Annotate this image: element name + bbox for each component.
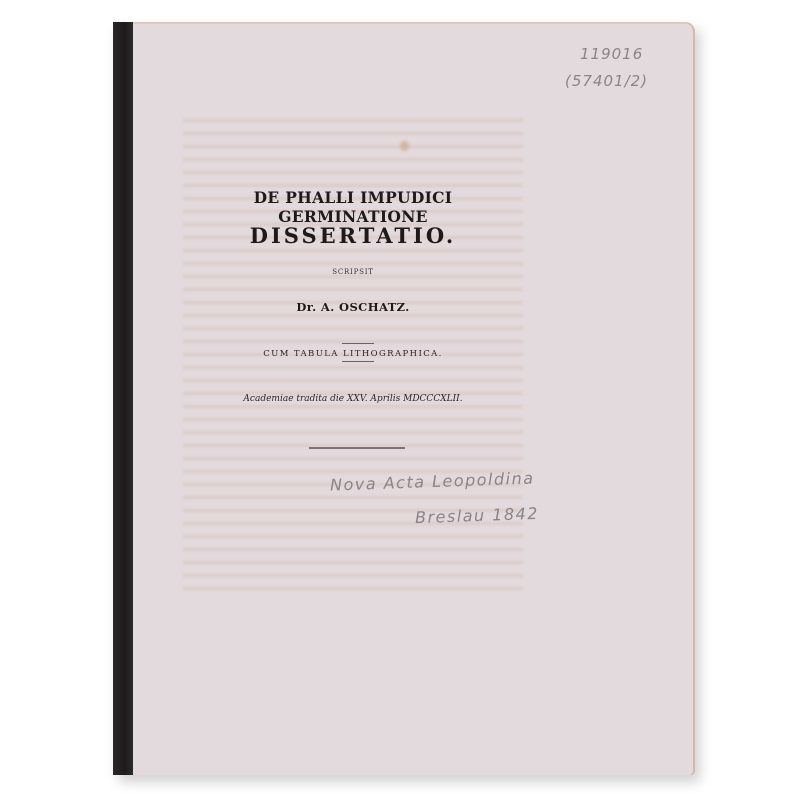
shelf-mark-pencil: (57401/2): [565, 72, 648, 90]
submission-note: Academiae tradita die XXV. Aprilis MDCCC…: [183, 394, 523, 404]
plate-note: CUM TABULA LITHOGRAPHICA.: [183, 349, 523, 359]
foxing-stain: [400, 141, 409, 151]
catalog-number-pencil: 119016: [580, 45, 643, 63]
title-line-1: DE PHALLI IMPUDICI GERMINATIONE: [183, 188, 523, 226]
title-line-2: DISSERTATIO.: [183, 223, 523, 248]
binding-spine: [113, 22, 133, 775]
rule-above-plate-note: [342, 343, 374, 344]
author-name: Dr. A. OSCHATZ.: [183, 300, 523, 314]
closing-rule: [309, 447, 405, 449]
scripsit-label: SCRIPSIT: [183, 268, 523, 276]
rule-below-plate-note: [342, 361, 374, 362]
